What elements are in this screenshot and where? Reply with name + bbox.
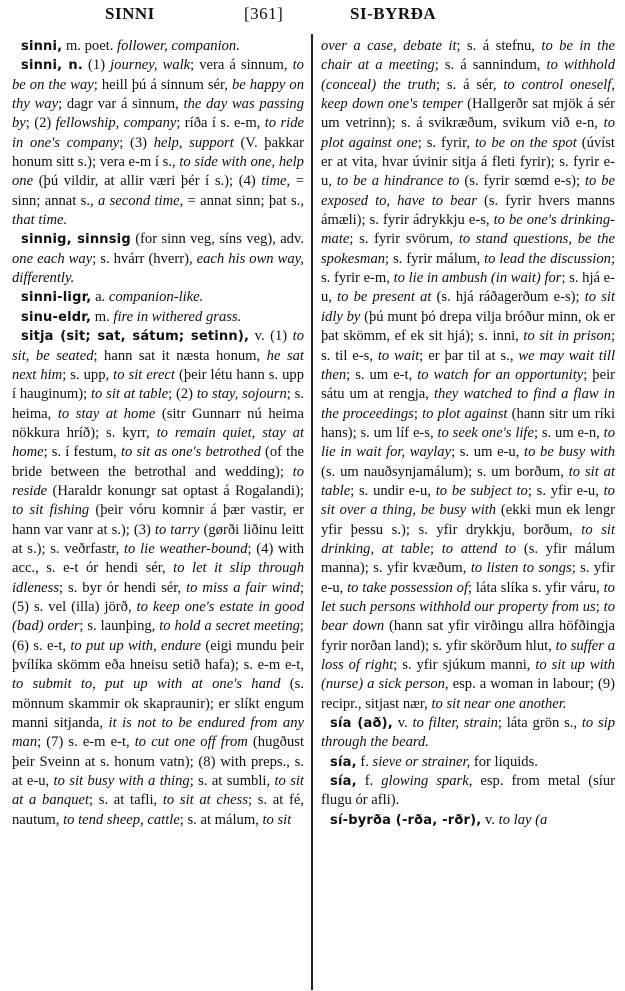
definition-text: to tarry bbox=[155, 522, 200, 538]
entry-text: ; bbox=[430, 541, 442, 557]
definition-text: to sit bbox=[263, 812, 292, 828]
dictionary-entry: sí-byrða (-rða, -rðr), v. to lay (a bbox=[321, 811, 615, 830]
dictionary-entry: sinnig, sinnsig (for sinn veg, síns veg)… bbox=[12, 230, 304, 288]
definition-text: to stay, sojourn bbox=[197, 386, 287, 402]
definition-text: to lie weather-bound bbox=[124, 541, 248, 557]
entry-text: ; s. um e-u, bbox=[451, 444, 524, 460]
entry-text: (Haraldr konungr sat optast á Rogalandi)… bbox=[47, 483, 304, 499]
dictionary-entry: sinu-eldr, m. fire in withered grass. bbox=[12, 308, 304, 327]
entry-text: ; ríða í s. e-m, bbox=[176, 115, 264, 131]
entry-text: ; s. fyrir svörum, bbox=[349, 231, 459, 247]
definition-text: to lead the discussion bbox=[484, 251, 611, 267]
entry-text: (1) bbox=[83, 57, 110, 73]
definition-text: to listen to songs bbox=[471, 560, 572, 576]
definition-text: to watch for an opportunity bbox=[417, 367, 583, 383]
dictionary-entry: sitja (sit; sat, sátum; setinn), v. (1) … bbox=[12, 327, 304, 830]
definition-text: time, bbox=[261, 173, 290, 189]
definition-text: to sit near one another. bbox=[431, 696, 566, 712]
dictionary-entry: sía, f. sieve or strainer, for liquids. bbox=[321, 753, 615, 772]
headword: sinu-eldr, bbox=[21, 310, 91, 325]
entry-text: ; láta grön s., bbox=[498, 715, 582, 731]
entry-text: ; heill þú á sinnum sér, bbox=[94, 77, 232, 93]
definition-text: sieve or strainer, bbox=[373, 754, 471, 770]
dictionary-entry: sinni, m. poet. follower, companion. bbox=[12, 37, 304, 56]
entry-text: f. bbox=[357, 754, 373, 770]
dictionary-entry: sinni-ligr, a. companion-like. bbox=[12, 288, 304, 307]
entry-text: ; s. yfir sjúkum manni, bbox=[393, 657, 535, 673]
definition-text: to take possession of bbox=[347, 580, 468, 596]
definition-text: to sit in prison bbox=[523, 328, 611, 344]
dictionary-entry: sía, f. glowing spark, esp. from metal (… bbox=[321, 772, 615, 811]
definition-text: to be busy with bbox=[524, 444, 615, 460]
headword: sitja (sit; sat, sátum; setinn), bbox=[21, 329, 249, 344]
entry-text: (s. hjá ráðagerðum e-s); bbox=[431, 289, 584, 305]
entry-text: ; er þar til at s., bbox=[419, 348, 518, 364]
left-column: sinni, m. poet. follower, companion.sinn… bbox=[12, 37, 304, 830]
definition-text: to be present at bbox=[337, 289, 431, 305]
definition-text: to submit to, put up with at one's hand bbox=[12, 676, 281, 692]
entry-text: ; s. á sér, bbox=[436, 77, 503, 93]
definition-text: to attend to bbox=[442, 541, 517, 557]
definition-text: to lay (a bbox=[499, 812, 548, 828]
definition-text: companion-like. bbox=[109, 289, 203, 305]
definition-text: to be subject to bbox=[436, 483, 528, 499]
entry-text: ; s. yfir e-u, bbox=[528, 483, 604, 499]
entry-text: v. bbox=[481, 812, 498, 828]
definition-text: to lie in ambush (in wait) for bbox=[394, 270, 562, 286]
definition-text: to plot against bbox=[422, 406, 507, 422]
entry-text: ; vera á sinnum, bbox=[190, 57, 292, 73]
definition-text: to sit at chess bbox=[163, 792, 248, 808]
entry-text: f. bbox=[357, 773, 382, 789]
entry-text: v. (1) bbox=[249, 328, 293, 344]
entry-text: ; bbox=[414, 406, 422, 422]
definition-text: to be a hindrance to bbox=[337, 173, 460, 189]
entry-text: ; s. fyrir málum, bbox=[385, 251, 484, 267]
dictionary-entry: sía (að), v. to filter, strain; láta grö… bbox=[321, 714, 615, 753]
definition-text: over a case, debate it bbox=[321, 38, 457, 54]
definition-text: to sit as one's betrothed bbox=[121, 444, 261, 460]
definition-text: fire in withered grass. bbox=[113, 309, 241, 325]
entry-text: ; s. undir e-u, bbox=[350, 483, 436, 499]
entry-text: ; s. um e-n, bbox=[534, 425, 604, 441]
definition-text: fellowship, company bbox=[56, 115, 177, 131]
entry-text: ; (2) bbox=[168, 386, 197, 402]
entry-text: m. poet. bbox=[62, 38, 117, 54]
entry-text: for liquids. bbox=[470, 754, 538, 770]
definition-text: to wait bbox=[378, 348, 419, 364]
definition-text: to sit busy with a thing bbox=[54, 773, 190, 789]
entry-text: ; (2) bbox=[26, 115, 56, 131]
definition-text: to cut one off from bbox=[135, 734, 248, 750]
dictionary-entry: over a case, debate it; s. á stefnu, to … bbox=[321, 37, 615, 714]
entry-text: ; s. fyrir, bbox=[418, 135, 475, 151]
headword: sía, bbox=[330, 755, 357, 770]
definition-text: to miss a fair wind bbox=[186, 580, 300, 596]
entry-text: (þú vildir, at allir væri þér í s.); (4) bbox=[33, 173, 261, 189]
page-number: [361] bbox=[244, 4, 283, 24]
definition-text: to be on the spot bbox=[475, 135, 577, 151]
definition-text: to hold a secret meeting bbox=[159, 618, 300, 634]
right-column: over a case, debate it; s. á stefnu, to … bbox=[321, 37, 615, 830]
headword: sía (að), bbox=[330, 716, 393, 731]
entry-text: a. bbox=[91, 289, 108, 305]
entry-text: ; (3) bbox=[119, 135, 153, 151]
running-head-left: SINNI bbox=[105, 4, 155, 24]
entry-text: ; bbox=[596, 599, 604, 615]
headword: sía, bbox=[330, 774, 357, 789]
definition-text: follower, companion. bbox=[117, 38, 240, 54]
definition-text: to tend sheep, cattle bbox=[63, 812, 180, 828]
entry-text: ; (7) s. e-m e-t, bbox=[37, 734, 135, 750]
entry-text: ; s. hvárr (hverr), bbox=[92, 251, 196, 267]
definition-text: to sit at table bbox=[91, 386, 168, 402]
entry-text: ; s. á stefnu, bbox=[457, 38, 542, 54]
headword: sinnig, sinnsig bbox=[21, 232, 131, 247]
entry-text: ; s. upp, bbox=[62, 367, 113, 383]
headword: sinni, bbox=[21, 39, 62, 54]
entry-text: ; s. á sannindum, bbox=[435, 57, 547, 73]
entry-text: (for sinn veg, síns veg), adv. bbox=[131, 231, 304, 247]
entry-text: ; s. at tafli, bbox=[89, 792, 163, 808]
entry-text: ; s. launþing, bbox=[79, 618, 159, 634]
definition-text: to stay at home bbox=[58, 406, 156, 422]
definition-text: one each way bbox=[12, 251, 92, 267]
page-header: SINNI [361] SI-BYRÐA bbox=[0, 0, 625, 28]
entry-text: ; s. um e-t, bbox=[346, 367, 417, 383]
entry-text: ; s. at málum, bbox=[180, 812, 263, 828]
definition-text: journey, walk bbox=[110, 57, 190, 73]
headword: sinni, n. bbox=[21, 58, 83, 73]
dictionary-entry: sinni, n. (1) journey, walk; vera á sinn… bbox=[12, 56, 304, 230]
definition-text: to filter, strain bbox=[413, 715, 498, 731]
entry-text: ; s. byr ór hendi sér, bbox=[59, 580, 186, 596]
definition-text: to seek one's life bbox=[437, 425, 534, 441]
column-divider bbox=[311, 34, 313, 990]
entry-text: (s. fyrir sœmd e-s); bbox=[459, 173, 584, 189]
definition-text: that time. bbox=[12, 212, 67, 228]
entry-text: (s. um nauðsynjamálum); s. um borðum, bbox=[321, 464, 569, 480]
headword: sí-byrða (-rða, -rðr), bbox=[330, 813, 481, 828]
definition-text: to put up with, endure bbox=[70, 638, 201, 654]
entry-text: ; dagr var á sinnum, bbox=[58, 96, 183, 112]
entry-text: ; hann sat it næsta honum, bbox=[94, 348, 267, 364]
definition-text: a second time, bbox=[98, 193, 183, 209]
entry-text: m. bbox=[91, 309, 113, 325]
entry-text: ; s. at sumbli, bbox=[190, 773, 275, 789]
definition-text: to sit fishing bbox=[12, 502, 89, 518]
entry-text: = annat sinn; þat s., bbox=[183, 193, 304, 209]
definition-text: to sit erect bbox=[113, 367, 175, 383]
entry-text: ; láta slíka s. yfir váru, bbox=[468, 580, 604, 596]
entry-text: ; s. í festum, bbox=[44, 444, 121, 460]
definition-text: help, support bbox=[154, 135, 234, 151]
definition-text: glowing spark, bbox=[381, 773, 472, 789]
entry-text: v. bbox=[393, 715, 413, 731]
headword: sinni-ligr, bbox=[21, 290, 91, 305]
running-head-right: SI-BYRÐA bbox=[350, 4, 436, 24]
